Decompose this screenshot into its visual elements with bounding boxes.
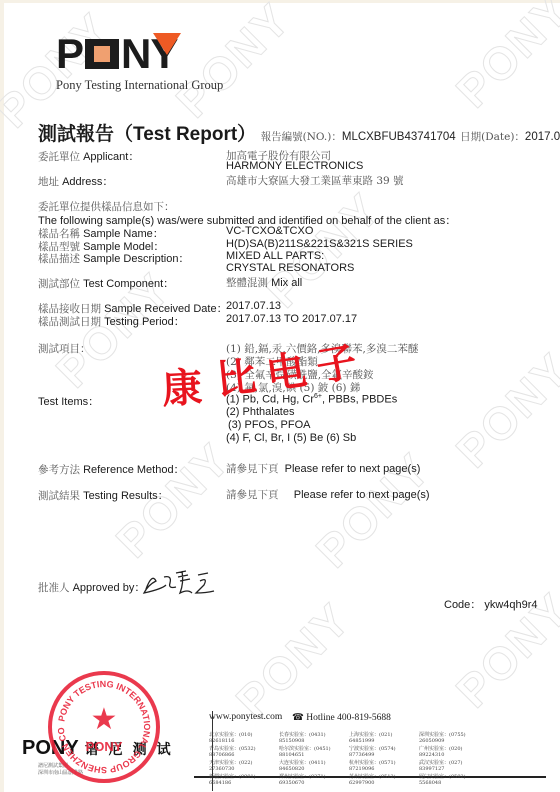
signature-icon <box>142 567 222 597</box>
lab-contact: 上海实验室：(021) 64851999 <box>349 731 419 744</box>
lab-contact-list: 北京实验室：(010) 82618116长春实验室：(0431) 8515090… <box>209 731 559 786</box>
lab-contact: 哈尔滨实验室：(0451) 88104651 <box>279 745 349 758</box>
lab-contact: 宁波实验室：(0574) 87736499 <box>349 745 419 758</box>
lab-contact <box>489 773 559 786</box>
seal-center-text: PONY <box>86 739 123 754</box>
logo-triangle-icon <box>153 33 181 55</box>
lab-contact: 长春实验室：(0431) 85150908 <box>279 731 349 744</box>
test-component: 整體混測 Mix all <box>226 275 302 290</box>
lab-contact <box>489 759 559 772</box>
test-item-en: (1) Pb, Cd, Hg, Cr6+, PBBs, PBDEs <box>226 393 397 406</box>
star-icon: ★ <box>91 705 118 735</box>
report-no-label: 報告編號(NO.)： <box>261 131 342 143</box>
lab-contact <box>489 745 559 758</box>
overlay-stamp-char: 康 <box>161 356 204 415</box>
logo-subtitle: Pony Testing International Group <box>56 78 223 93</box>
logo-o-square-icon <box>85 39 119 69</box>
approved-by-label: 批准人 Approved by： <box>38 579 145 595</box>
logo-wordmark: PNY <box>56 33 223 75</box>
test-item-en: (4) F, Cl, Br, I (5) Be (6) Sb <box>226 432 356 444</box>
lab-contact <box>489 731 559 744</box>
lab-contact: 北京实验室：(010) 82618116 <box>209 731 279 744</box>
report-title-row: 測試報告（Test Report） 報告編號(NO.)：MLCXBFUB4374… <box>38 119 560 146</box>
sample-description-line2: CRYSTAL RESONATORS <box>226 262 354 274</box>
test-items-label-en: Test Items： <box>38 393 99 409</box>
test-item-en: (3) PFOS, PFOA <box>228 419 311 431</box>
report-title-en: （Test Report） <box>114 124 256 145</box>
report-date: 2017.07.17 <box>525 131 560 143</box>
lab-contact: 深圳实验室：(0755) 26050909 <box>419 731 489 744</box>
lab-contact: 大连实验室：(0411) 84650820 <box>279 759 349 772</box>
received-date: 2017.07.13 <box>226 300 281 312</box>
test-items-label-cn: 測試項目： <box>38 341 91 356</box>
watermark: PONY <box>445 0 560 118</box>
lab-contact: 新疆实验室：(0991) 6684186 <box>209 773 279 786</box>
report-no: MLCXBFUB43741704 <box>342 131 456 143</box>
test-report-page: PONY PONY PONY PONY PONY PONY PONY PONY … <box>0 0 560 792</box>
lab-contact: 天津实验室：(022) 27360730 <box>209 759 279 772</box>
lab-contact: 武汉实验室：(027) 83997127 <box>419 759 489 772</box>
footer-website: www.ponytest.com <box>209 712 282 722</box>
date-label: 日期(Date)： <box>460 131 525 143</box>
lab-contact: 厦门实验室：(0592) 5568048 <box>419 773 489 786</box>
report-code: Code： ykw4qh9r4 <box>444 596 538 612</box>
sample-name: VC-TCXO&TCXO <box>226 225 313 237</box>
test-component-label: 測試部位 Test Component： <box>38 275 174 291</box>
testing-results-label: 測試結果 Testing Results： <box>38 487 169 503</box>
reference-method: 請參見下頁 Please refer to next page(s) <box>226 461 420 476</box>
lab-contact: 广州实验室：(020) 89224310 <box>419 745 489 758</box>
lab-contact: 青岛实验室：(0532) 88706866 <box>209 745 279 758</box>
address-value: 高雄市大寮區大發工業區華東路 39 號 <box>226 173 404 188</box>
sample-description-line1: MIXED ALL PARTS: <box>226 250 324 262</box>
testing-period: 2017.07.13 TO 2017.07.17 <box>226 313 357 325</box>
lab-contact: 郑州实验室：(0371) 69350670 <box>279 773 349 786</box>
applicant-label: 委託單位 Applicant： <box>38 148 139 164</box>
footer-hotline: ☎ Hotline 400-819-5688 <box>292 712 391 723</box>
company-seal: PONY TESTING INTERNATIONAL GROUP SHENZHE… <box>48 671 160 783</box>
pony-logo: PNY Pony Testing International Group <box>56 33 223 93</box>
testing-results: 請參見下頁 Please refer to next page(s) <box>226 487 430 502</box>
watermark: PONY <box>445 342 560 478</box>
testing-period-label: 樣品測試日期 Testing Period： <box>38 313 185 329</box>
reference-method-label: 參考方法 Reference Method： <box>38 461 185 477</box>
lab-contact: 杭州实验室：(0571) 87219096 <box>349 759 419 772</box>
sample-description-label: 樣品描述 Sample Description： <box>38 250 189 266</box>
applicant-name-en: HARMONY ELECTRONICS <box>226 160 363 172</box>
test-item-en: (2) Phthalates <box>226 406 294 418</box>
address-label: 地址 Address： <box>38 173 113 189</box>
lab-contact: 苏州实验室：(0512) 62997900 <box>349 773 419 786</box>
watermark: PONY <box>225 592 361 728</box>
sample-model: H(D)SA(B)211S&221S&321S SERIES <box>226 238 413 250</box>
report-title-cn: 測試報告 <box>38 123 114 145</box>
